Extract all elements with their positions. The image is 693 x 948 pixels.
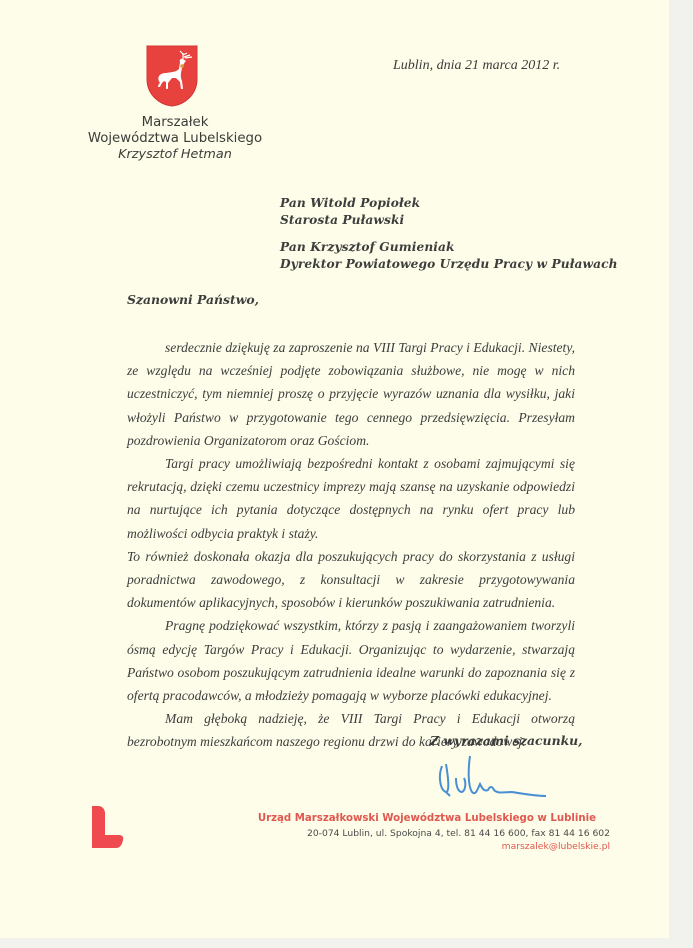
paragraph: serdecznie dziękuję za zaproszenie na VI…	[127, 336, 575, 452]
recipient-1-name: Pan Witold Popiołek	[280, 196, 420, 210]
paragraph: Targi pracy umożliwiają bezpośredni kont…	[127, 452, 575, 545]
closing: Z wyrazami szacunku,	[430, 733, 583, 748]
office-email-link[interactable]: marszalek@lubelskie.pl	[502, 841, 610, 852]
lubelskie-l-logo-icon	[92, 806, 125, 848]
recipient-2-name: Pan Krzysztof Gumieniak	[280, 240, 455, 254]
office-address: 20-074 Lublin, ul. Spokojna 4, tel. 81 4…	[307, 828, 610, 839]
office-name: Urząd Marszałkowski Województwa Lubelski…	[258, 813, 596, 824]
letter-body: serdecznie dziękuję za zaproszenie na VI…	[127, 336, 575, 754]
paragraph: Pragnę podziękować wszystkim, którzy z p…	[127, 614, 575, 707]
recipient-2-title: Dyrektor Powiatowego Urzędu Pracy w Puła…	[280, 257, 618, 271]
handwritten-signature-icon	[432, 752, 552, 812]
header-title-line1: Marszałek	[70, 115, 280, 131]
lublin-voivodeship-crest-icon	[146, 45, 198, 107]
date-line: Lublin, dnia 21 marca 2012 r.	[393, 58, 560, 74]
greeting: Szanowni Państwo,	[127, 292, 259, 307]
letter-page: Marszałek Województwa Lubelskiego Krzysz…	[0, 0, 669, 938]
paragraph: To również doskonała okazja dla poszukuj…	[127, 545, 575, 615]
header-title-line2: Województwa Lubelskiego	[70, 131, 280, 147]
recipient-1-title: Starosta Puławski	[280, 213, 404, 227]
header-name: Krzysztof Hetman	[70, 147, 280, 163]
